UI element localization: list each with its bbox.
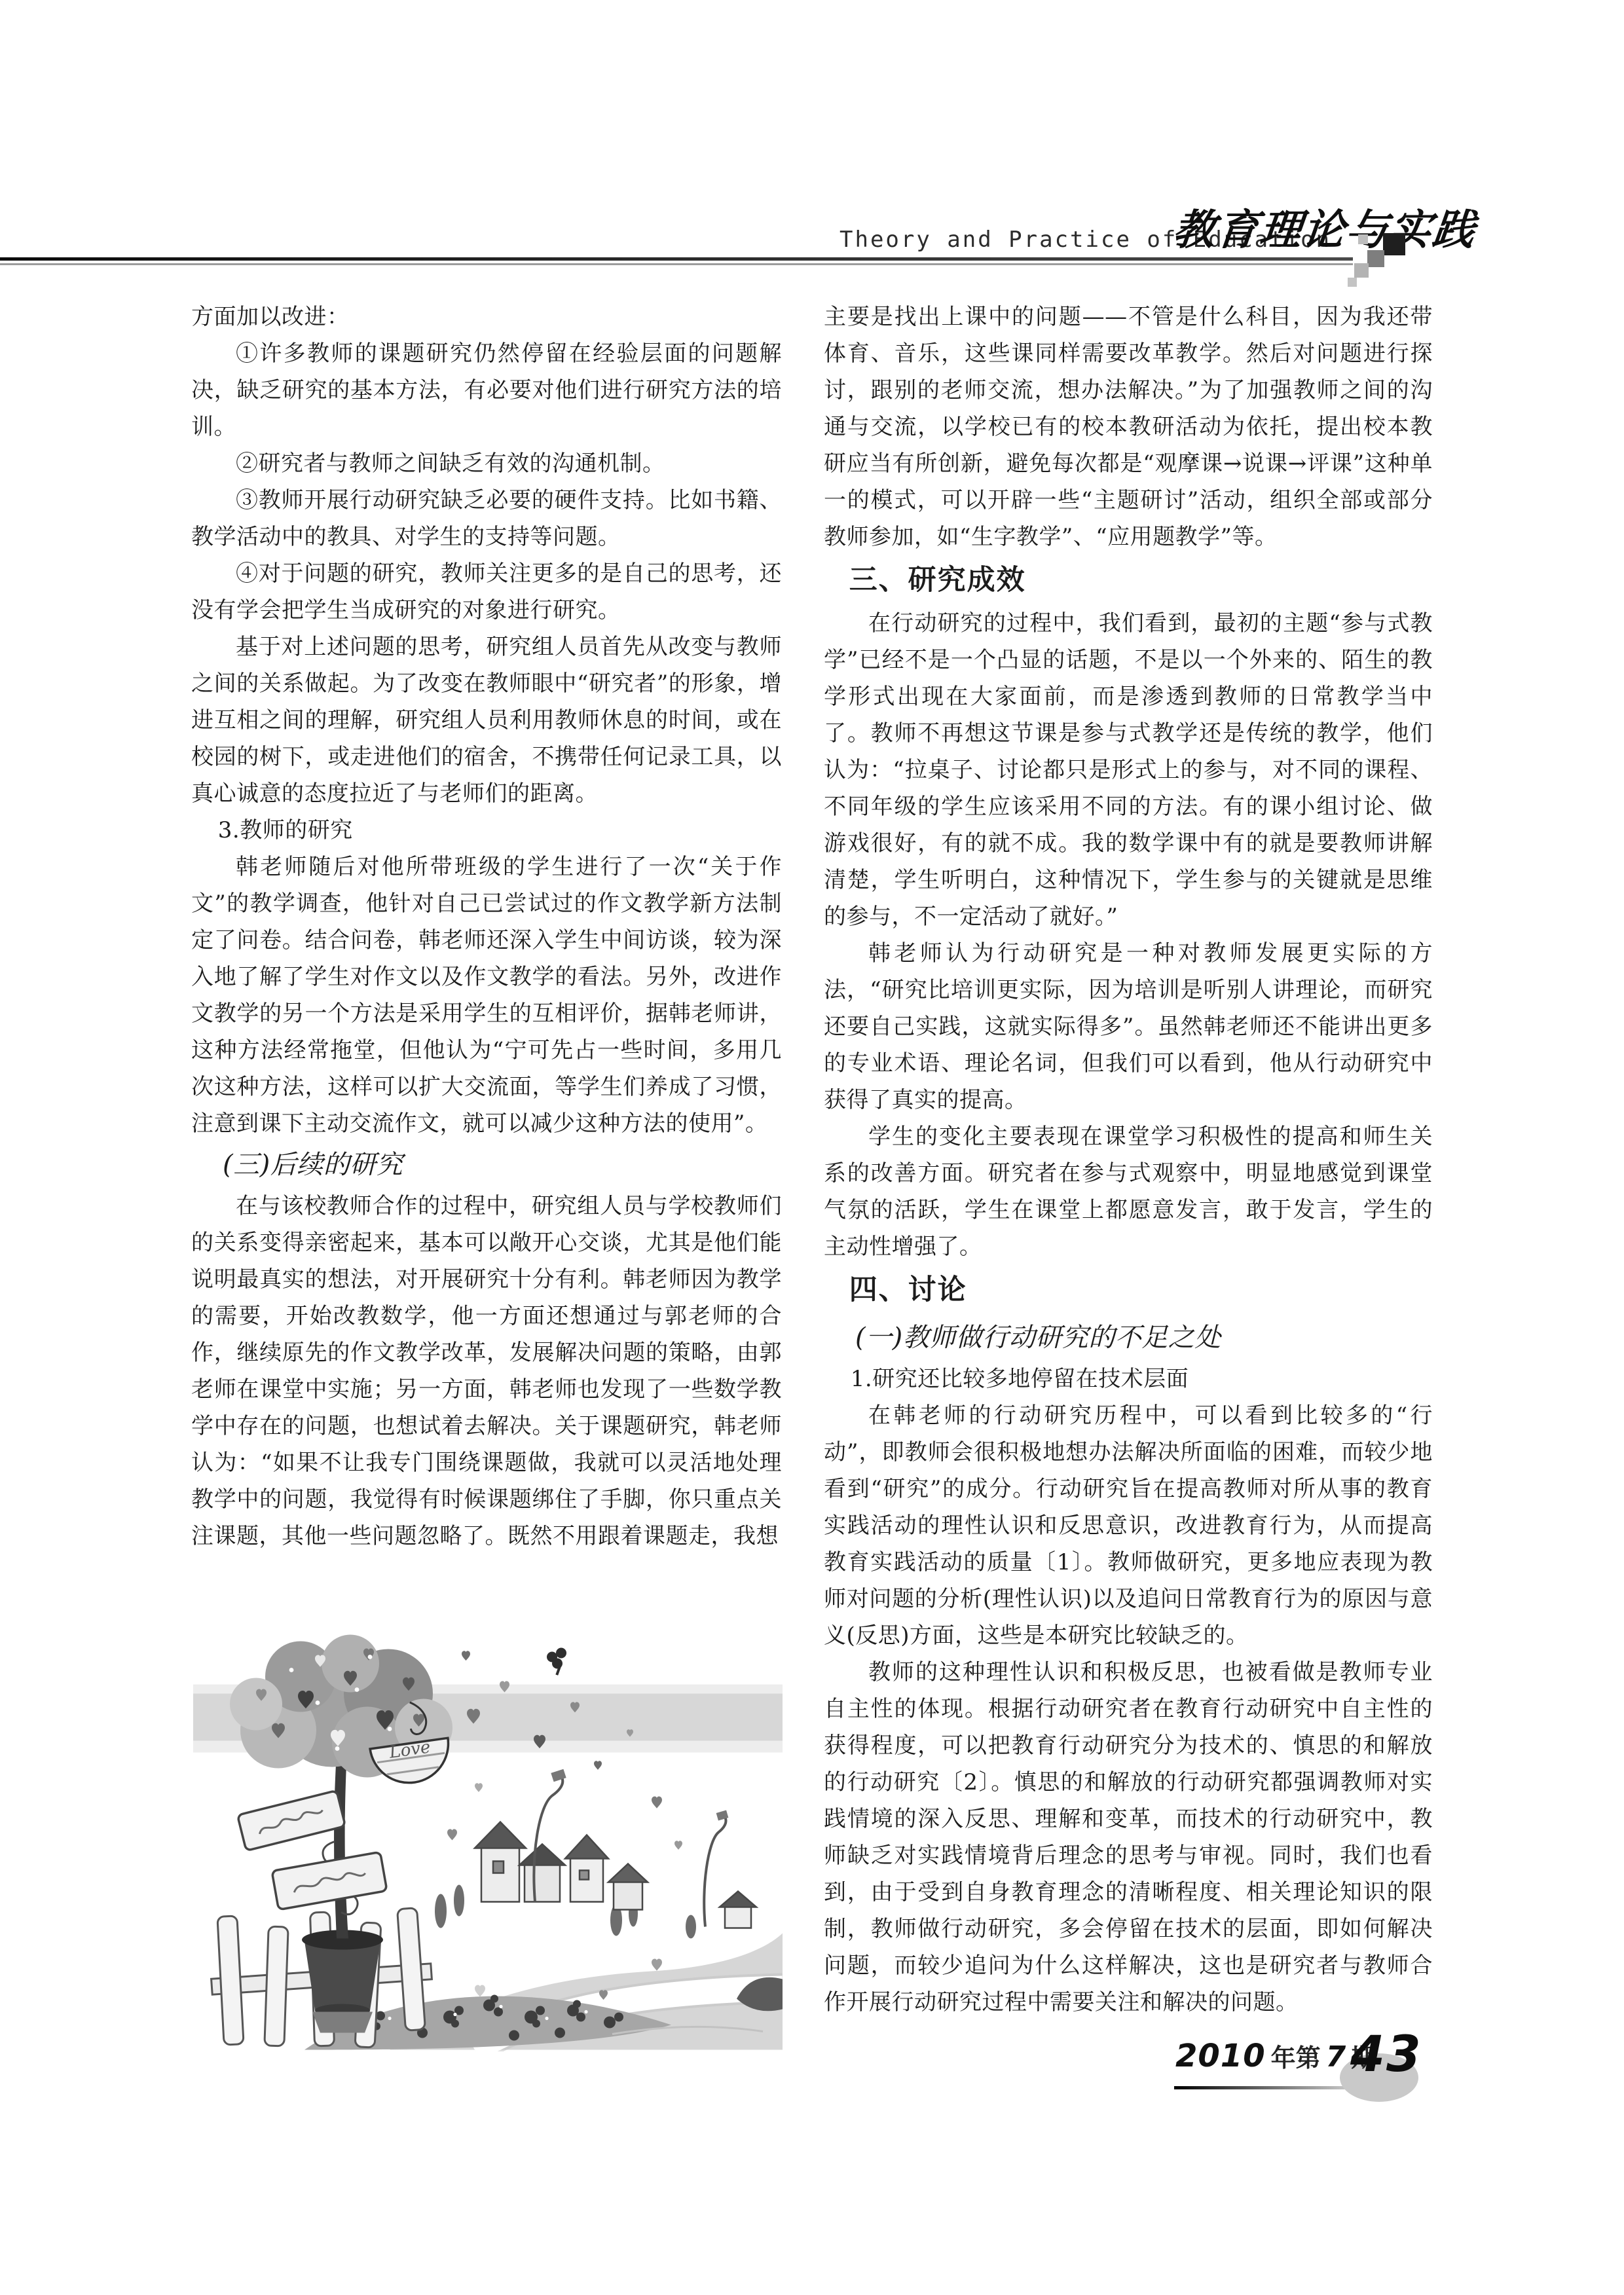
numbered-subheading: 1.研究还比较多地停留在技术层面 — [824, 1361, 1433, 1397]
paragraph: 教师的这种理性认识和积极反思，也被看做是教师专业自主性的体现。根据行动研究者在教… — [824, 1654, 1433, 2021]
journal-page: Theory and Practice of Education 教育理论与实践… — [0, 0, 1624, 2295]
trunk-sign-lower — [272, 1852, 387, 1909]
issue-number: 7 — [1326, 2040, 1346, 2074]
issue-label-year: 年第 — [1271, 2043, 1321, 2072]
section-subheading: (一)教师做行动研究的不足之处 — [824, 1315, 1433, 1361]
trunk-sign-upper — [238, 1790, 346, 1850]
numbered-subheading: 3.教师的研究 — [191, 812, 782, 849]
paragraph: 在韩老师的行动研究历程中，可以看到比较多的“行动”，即教师会很积极地想办法解决所… — [824, 1397, 1433, 1654]
issue-year: 2010 — [1175, 2038, 1266, 2074]
decorative-illustration: Love — [193, 1629, 783, 2051]
square-icon — [1367, 250, 1384, 267]
paragraph: ②研究者与教师之间缺乏有效的沟通机制。 — [191, 445, 782, 482]
right-column: 主要是找出上课中的问题——不管是什么科目，因为我还带体育、音乐，这些课同样需要改… — [824, 299, 1433, 2021]
paragraph: ④对于问题的研究，教师关注更多的是自己的思考，还没有学会把学生当成研究的对象进行… — [191, 555, 782, 629]
paragraph: 在与该校教师合作的过程中，研究组人员与学校教师们的关系变得亲密起来，基本可以敞开… — [191, 1188, 782, 1554]
square-icon — [1383, 233, 1405, 255]
paragraph: 韩老师随后对他所带班级的学生进行了一次“关于作文”的教学调查，他针对自己已尝试过… — [191, 849, 782, 1142]
header-rule-dark — [0, 257, 1353, 261]
paragraph: 方面加以改进： — [191, 299, 782, 335]
paragraph: 基于对上述问题的思考，研究组人员首先从改变与教师之间的关系做起。为了改变在教师眼… — [191, 629, 782, 812]
square-icon — [1354, 263, 1369, 278]
journal-title-chinese-calligraphy: 教育理论与实践 — [1170, 196, 1479, 257]
paragraph: 学生的变化主要表现在课堂学习积极性的提高和师生关系的改善方面。研究者在参与式观察… — [824, 1118, 1433, 1265]
tree-trunk — [323, 1765, 358, 1939]
footer-rule — [1174, 2086, 1356, 2089]
paragraph: ①许多教师的课题研究仍然停留在经验层面的问题解决，缺乏研究的基本方法，有必要对他… — [191, 335, 782, 445]
left-column: 方面加以改进： ①许多教师的课题研究仍然停留在经验层面的问题解决，缺乏研究的基本… — [191, 299, 782, 1554]
clover-icon — [547, 1648, 566, 1676]
header-rule-gray — [0, 263, 1353, 265]
square-icon — [1358, 234, 1368, 244]
paragraph: 韩老师认为行动研究是一种对教师发展更实际的方法，“研究比培训更实际，因为培训是听… — [824, 935, 1433, 1118]
cypress-trees — [435, 1885, 696, 1939]
paragraph: 在行动研究的过程中，我们看到，最初的主题“参与式教学”已经不是一个凸显的话题，不… — [824, 605, 1433, 935]
section-heading: 四、讨论 — [824, 1265, 1433, 1315]
paragraph: ③教师开展行动研究缺乏必要的硬件支持。比如书籍、教学活动中的教具、对学生的支持等… — [191, 482, 782, 555]
paragraph: 主要是找出上课中的问题——不管是什么科目，因为我还带体育、音乐，这些课同样需要改… — [824, 299, 1433, 555]
section-heading: 三、研究成效 — [824, 555, 1433, 605]
square-icon — [1348, 278, 1357, 287]
section-subheading: (三)后续的研究 — [191, 1142, 782, 1188]
page-number: 43 — [1350, 2025, 1422, 2083]
